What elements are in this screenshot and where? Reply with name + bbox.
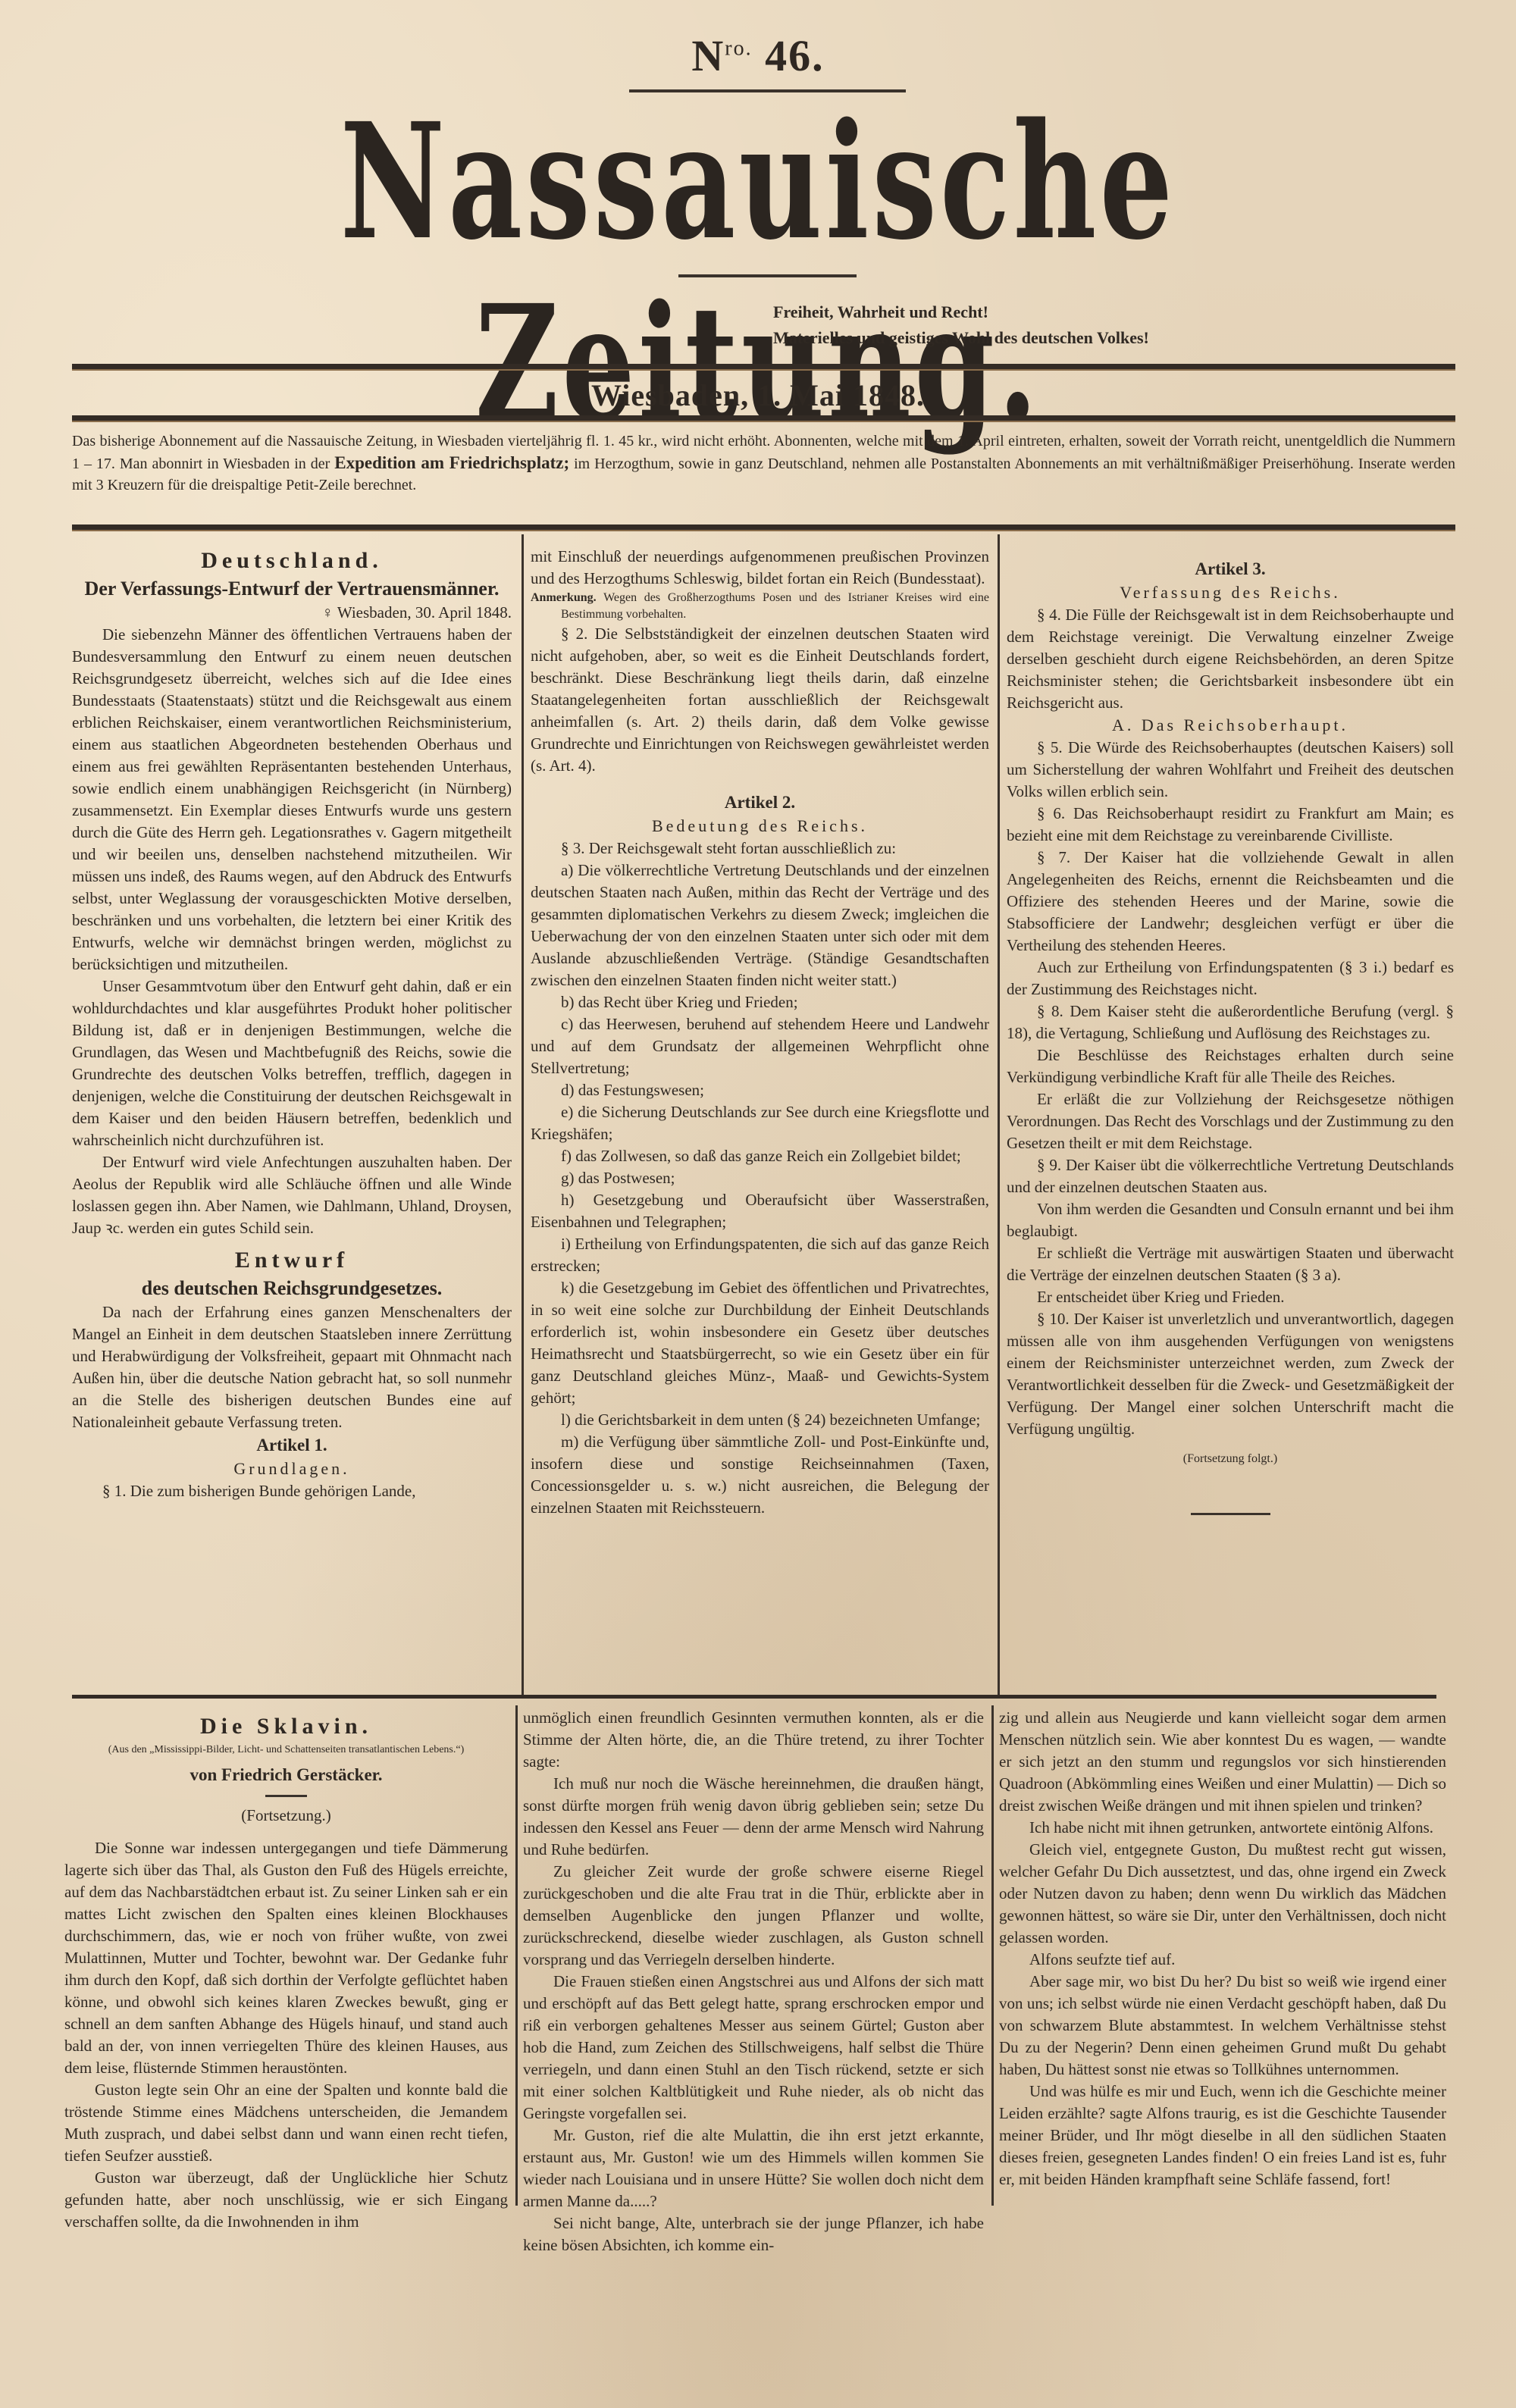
issue-dateline: Wiesbaden, 1. Mai 1848.	[0, 377, 1516, 413]
annotation-text: Wegen des Großherzogthums Posen und des …	[561, 591, 989, 621]
article-1-subheading: Grundlagen.	[72, 1458, 512, 1480]
paragraph: § 9. Der Kaiser übt die völkerrechtliche…	[1007, 1154, 1454, 1198]
rule-below-notice	[72, 524, 1455, 531]
column-rule-1	[522, 534, 524, 1698]
paragraph: unmöglich einen freundlich Gesinnten ver…	[523, 1707, 984, 1773]
paragraph: Die Beschlüsse des Reichstages erhalten …	[1007, 1044, 1454, 1088]
paragraph: Alfons seufzte tief auf.	[999, 1949, 1446, 1971]
paragraph: zig und allein aus Neugierde und kann vi…	[999, 1707, 1446, 1817]
feuilleton-source: (Aus den „Mississippi-Bilder, Licht- und…	[64, 1742, 508, 1758]
feuilleton-continued: (Fortsetzung.)	[64, 1805, 508, 1827]
paragraph: § 6. Das Reichsoberhaupt residirt zu Fra…	[1007, 803, 1454, 847]
motto-1: Freiheit, Wahrheit und Recht!	[773, 299, 1149, 325]
feuilleton-title: Die Sklavin.	[64, 1711, 508, 1742]
paragraph: Er erläßt die zur Vollziehung der Reichs…	[1007, 1088, 1454, 1154]
feuilleton-column-rule-2	[991, 1705, 994, 2206]
paragraph: Die Sonne war indessen untergegangen und…	[64, 1837, 508, 2079]
article-1-heading: Artikel 1.	[72, 1433, 512, 1458]
list-item: i) Ertheilung von Erfindungspatenten, di…	[531, 1233, 989, 1277]
paragraph: Der Entwurf wird viele Anfechtungen ausz…	[72, 1151, 512, 1239]
subsection-heading: A. Das Reichsoberhaupt.	[1007, 714, 1454, 737]
article-dateline: ♀ Wiesbaden, 30. April 1848.	[72, 602, 512, 624]
paragraph: Ich habe nicht mit ihnen getrunken, antw…	[999, 1817, 1446, 1839]
paragraph: Guston legte sein Ohr an eine der Spalte…	[64, 2079, 508, 2167]
list-item: g) das Postwesen;	[531, 1167, 989, 1189]
paragraph: Mr. Guston, rief die alte Mulattin, die …	[523, 2125, 984, 2212]
draft-subheading: des deutschen Reichsgrundgesetzes.	[72, 1276, 512, 1301]
feuilleton-column-2: unmöglich einen freundlich Gesinnten ver…	[523, 1707, 984, 2256]
paragraph: Von ihm werden die Gesandten und Consuln…	[1007, 1198, 1454, 1242]
article-3-subheading: Verfassung des Reichs.	[1007, 581, 1454, 604]
list-item: e) die Sicherung Deutschlands zur See du…	[531, 1101, 989, 1145]
paragraph: mit Einschluß der neuerdings aufgenommen…	[531, 546, 989, 590]
paragraph: Unser Gesammtvotum über den Entwurf geht…	[72, 975, 512, 1151]
end-rule	[1191, 1513, 1270, 1515]
subscription-notice: Das bisherige Abonnement auf die Nassaui…	[72, 431, 1455, 496]
list-item: d) das Festungswesen;	[531, 1079, 989, 1101]
paragraph: § 10. Der Kaiser ist unverletzlich und u…	[1007, 1308, 1454, 1440]
paragraph: § 5. Die Würde des Reichsoberhauptes (de…	[1007, 737, 1454, 803]
annotation-label: Anmerkung.	[531, 591, 597, 604]
feuilleton-column-3: zig und allein aus Neugierde und kann vi…	[999, 1707, 1446, 2190]
list-item: l) die Gerichtsbarkeit in dem unten (§ 2…	[531, 1409, 989, 1431]
list-item: k) die Gesetzgebung im Gebiet des öffent…	[531, 1277, 989, 1409]
paragraph: Die Frauen stießen einen Angstschrei aus…	[523, 1971, 984, 2125]
continued-note: (Fortsetzung folgt.)	[1007, 1451, 1454, 1467]
paragraph: § 3. Der Reichsgewalt steht fortan aussc…	[531, 838, 989, 860]
list-item: b) das Recht über Krieg und Frieden;	[531, 991, 989, 1013]
issue-number-value: 46.	[765, 31, 825, 80]
rule-below-dateline	[72, 415, 1455, 422]
column-1: Deutschland. Der Verfassungs-Entwurf der…	[72, 546, 512, 1502]
paragraph: Er entscheidet über Krieg und Frieden.	[1007, 1286, 1454, 1308]
paragraph: Auch zur Ertheilung von Erfindungspatent…	[1007, 957, 1454, 1000]
draft-heading: Entwurf	[72, 1245, 512, 1276]
mottos: Freiheit, Wahrheit und Recht! Materielle…	[773, 299, 1149, 351]
issue-sup: ro.	[725, 37, 752, 61]
paragraph: Da nach der Erfahrung eines ganzen Mensc…	[72, 1301, 512, 1433]
paragraph: Und was hülfe es mir und Euch, wenn ich …	[999, 2081, 1446, 2190]
notice-bold: Expedition am Friedrichsplatz;	[334, 453, 569, 472]
annotation: Anmerkung. Wegen des Großherzogthums Pos…	[531, 590, 989, 623]
paragraph: § 2. Die Selbstständigkeit der einzelnen…	[531, 623, 989, 777]
list-item: a) Die völkerrechtliche Vertretung Deuts…	[531, 860, 989, 991]
article-2-subheading: Bedeutung des Reichs.	[531, 815, 989, 838]
list-item: f) das Zollwesen, so daß das ganze Reich…	[531, 1145, 989, 1167]
paragraph: § 1. Die zum bisherigen Bunde gehörigen …	[72, 1480, 512, 1502]
issue-number: Nro. 46.	[0, 30, 1516, 81]
paragraph: § 4. Die Fülle der Reichsgewalt ist in d…	[1007, 604, 1454, 714]
paragraph: Er schließt die Verträge mit auswärtigen…	[1007, 1242, 1454, 1286]
motto-2: Materielles und geistiges Wohl des deuts…	[773, 325, 1149, 351]
author-rule	[265, 1795, 307, 1797]
feuilleton-author: von Friedrich Gerstäcker.	[64, 1763, 508, 1787]
section-heading: Deutschland.	[72, 546, 512, 576]
paragraph: Die siebenzehn Männer des öffentlichen V…	[72, 624, 512, 975]
list-item: h) Gesetzgebung und Oberaufsicht über Wa…	[531, 1189, 989, 1233]
paragraph: Zu gleicher Zeit wurde der große schwere…	[523, 1861, 984, 1971]
article-3-heading: Artikel 3.	[1007, 557, 1454, 581]
list-item: c) das Heerwesen, beruhend auf stehendem…	[531, 1013, 989, 1079]
paragraph: § 7. Der Kaiser hat die vollziehende Gew…	[1007, 847, 1454, 957]
list-item: m) die Verfügung über sämmtliche Zoll- u…	[531, 1431, 989, 1519]
newspaper-page: Nro. 46. Nassauische Zeitung. Freiheit, …	[0, 0, 1516, 2408]
issue-prefix: N	[691, 31, 725, 80]
feuilleton-column-rule-1	[515, 1705, 518, 2206]
rule-above-dateline	[72, 364, 1455, 371]
column-3: Artikel 3. Verfassung des Reichs. § 4. D…	[1007, 557, 1454, 1523]
article-headline: Der Verfassungs-Entwurf der Vertrauensmä…	[72, 576, 512, 602]
paragraph: Aber sage mir, wo bist Du her? Du bist s…	[999, 1971, 1446, 2081]
feuilleton-separator	[72, 1695, 1436, 1699]
article-2-heading: Artikel 2.	[531, 791, 989, 815]
feuilleton-column-1: Die Sklavin. (Aus den „Mississippi-Bilde…	[64, 1711, 508, 2233]
paragraph: Ich muß nur noch die Wäsche hereinnehmen…	[523, 1773, 984, 1861]
paragraph: Sei nicht bange, Alte, unterbrach sie de…	[523, 2212, 984, 2256]
paragraph: Gleich viel, entgegnete Guston, Du mußte…	[999, 1839, 1446, 1949]
column-2: mit Einschluß der neuerdings aufgenommen…	[531, 546, 989, 1519]
paragraph: § 8. Dem Kaiser steht die außerordentlic…	[1007, 1000, 1454, 1044]
masthead-rule-bottom	[678, 274, 857, 277]
paragraph: Guston war überzeugt, daß der Unglücklic…	[64, 2167, 508, 2233]
column-rule-2	[998, 534, 1000, 1698]
